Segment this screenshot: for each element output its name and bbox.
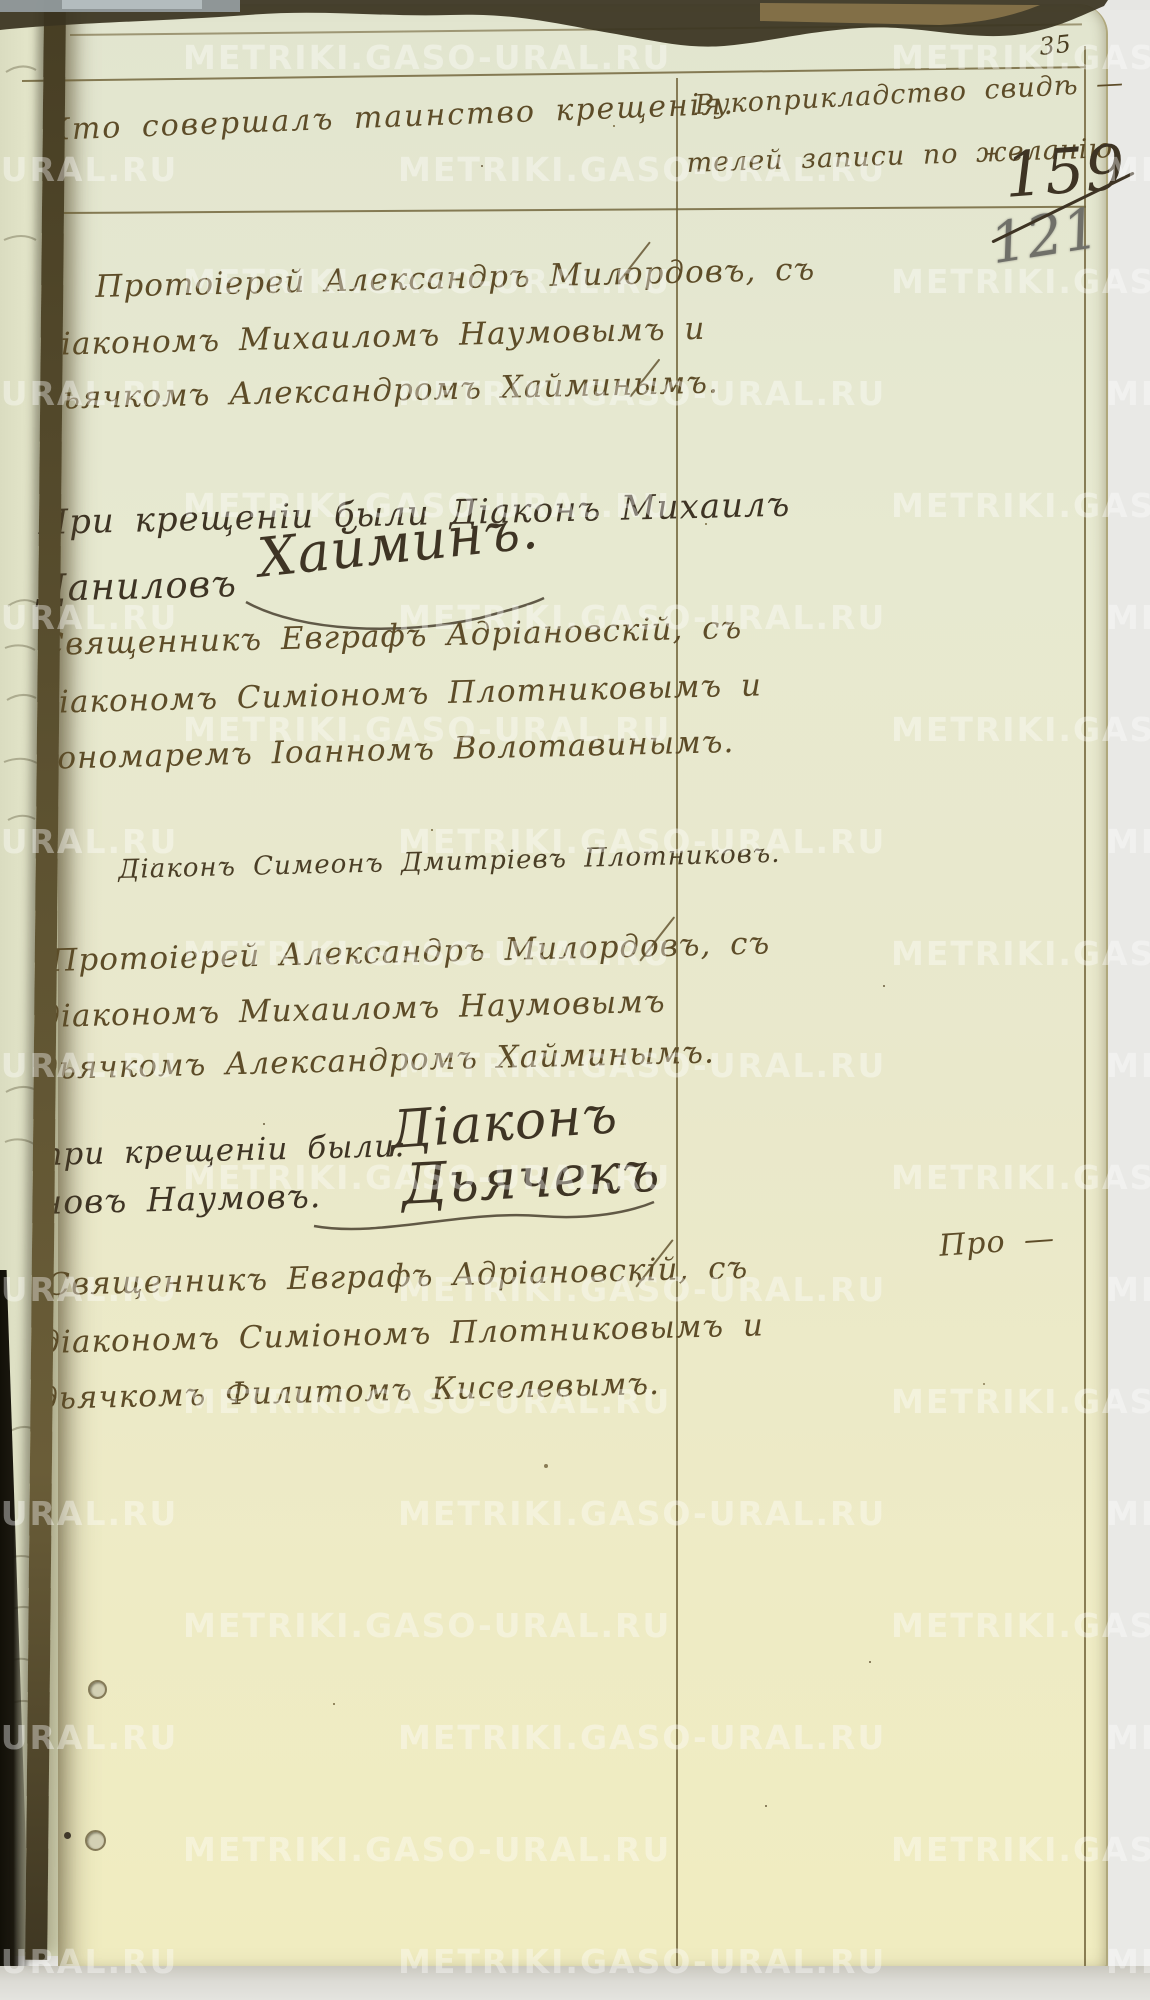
column-divider-line (676, 78, 678, 1966)
page-top-edge (0, 0, 1150, 56)
binding-hole (85, 1830, 106, 1851)
scanned-register-page: Кто совершалъ таинство крещенія. Рукопри… (0, 0, 1150, 2000)
ink-dot (64, 1832, 71, 1839)
pen-swash (310, 1186, 660, 1242)
right-margin-line (1084, 46, 1086, 1966)
scanner-background-bottom (0, 1966, 1150, 2000)
watermark-text: METRIKI.GASO-URAL.RU (1106, 1270, 1150, 1309)
entry-line: новъ Наумовъ. (40, 1177, 322, 1222)
watermark-text: METRIKI.GASO-URAL.RU (1106, 1718, 1150, 1757)
entry-line: Даниловъ (36, 563, 237, 610)
watermark-text: METRIKI.GASO-URAL.RU (1106, 822, 1150, 861)
watermark-text: METRIKI.GASO-URAL.RU (1106, 374, 1150, 413)
struck-page-number: 159 (1002, 132, 1128, 212)
watermark-text: METRIKI.GASO-URAL.RU (1106, 1494, 1150, 1533)
binding-hole (88, 1680, 107, 1699)
watermark-text: METRIKI.GASO-URAL.RU (1106, 1046, 1150, 1085)
watermark-text: METRIKI.GASO-URAL.RU (1106, 598, 1150, 637)
